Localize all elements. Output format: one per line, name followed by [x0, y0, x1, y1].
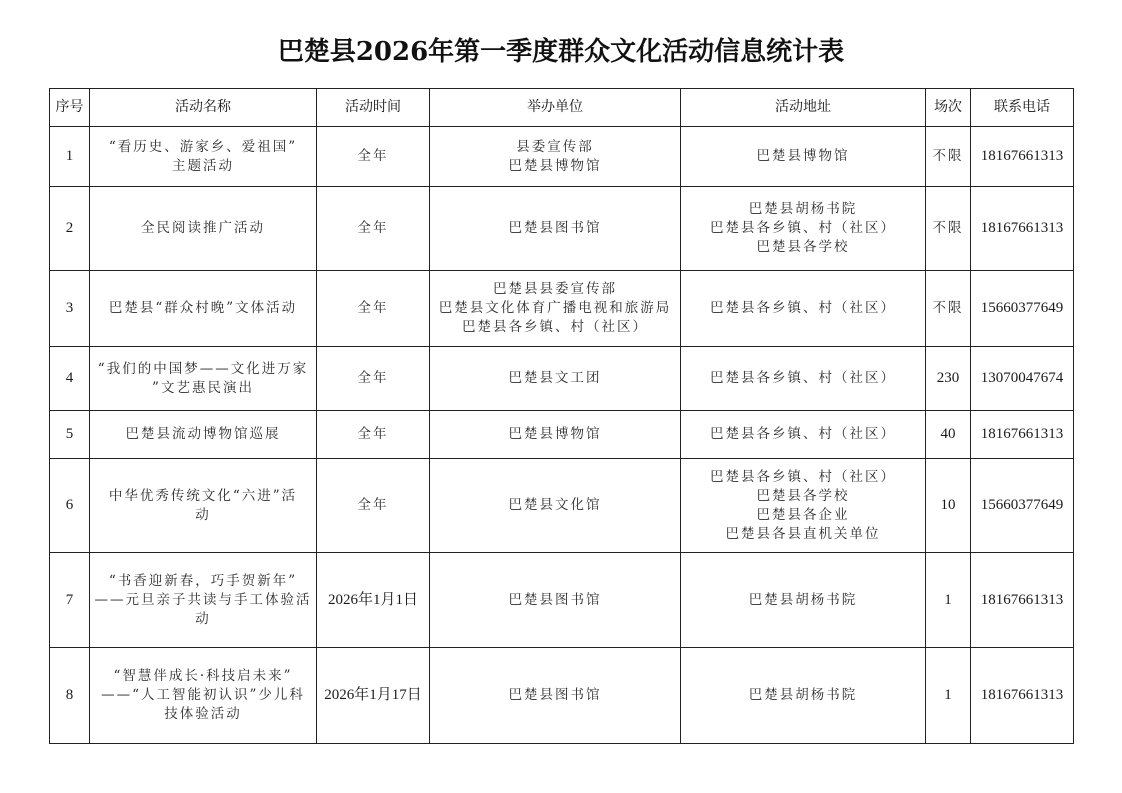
cell-text: 巴楚县各县直机关单位 [683, 525, 923, 544]
table-row: 2全民阅读推广活动全年巴楚县图书馆巴楚县胡杨书院巴楚县各乡镇、村（社区）巴楚县各… [50, 187, 1074, 271]
cell-text: 巴楚县各乡镇、村（社区） [683, 299, 923, 318]
cell-address: 巴楚县胡杨书院 [681, 648, 926, 744]
cell-text: 全民阅读推广活动 [92, 219, 314, 238]
cell-text: 巴楚县文工团 [432, 369, 678, 388]
cell-text: 不限 [928, 299, 968, 318]
cell-text: 2026年1月1日 [319, 591, 427, 610]
cell-address: 巴楚县博物馆 [681, 127, 926, 187]
cell-text: 巴楚县胡杨书院 [683, 200, 923, 219]
cell-activity-name: “智慧伴成长·科技启未来”——“人工智能初认识”少儿科技体验活动 [90, 648, 317, 744]
cell-address: 巴楚县各乡镇、村（社区）巴楚县各学校巴楚县各企业巴楚县各县直机关单位 [681, 459, 926, 553]
cell-organizer: 巴楚县图书馆 [430, 648, 681, 744]
cell-sessions: 不限 [926, 187, 971, 271]
cell-text: 巴楚县各乡镇、村（社区） [432, 318, 678, 337]
cell-text: 40 [928, 425, 968, 444]
cell-text: 18167661313 [973, 686, 1071, 705]
cell-seq: 5 [50, 411, 90, 459]
cell-text: 全年 [319, 496, 427, 515]
cell-seq: 7 [50, 553, 90, 648]
cell-text: “看历史、游家乡、爱祖国” [92, 138, 314, 157]
cell-text: 2 [52, 219, 87, 238]
cell-text: ——“人工智能初认识”少儿科 [92, 686, 314, 705]
cell-text: 13070047674 [973, 369, 1071, 388]
cell-address: 巴楚县各乡镇、村（社区） [681, 347, 926, 411]
cell-text: 不限 [928, 219, 968, 238]
cell-activity-time: 全年 [317, 127, 430, 187]
cell-phone: 18167661313 [971, 648, 1074, 744]
header-time: 活动时间 [317, 89, 430, 127]
header-sessions: 场次 [926, 89, 971, 127]
cell-text: 10 [928, 496, 968, 515]
cell-seq: 8 [50, 648, 90, 744]
activity-statistics-table: 序号 活动名称 活动时间 举办单位 活动地址 场次 联系电话 1“看历史、游家乡… [49, 88, 1074, 744]
cell-phone: 18167661313 [971, 411, 1074, 459]
cell-text: “我们的中国梦——文化进万家 [92, 360, 314, 379]
cell-text: “智慧伴成长·科技启未来” [92, 667, 314, 686]
cell-phone: 18167661313 [971, 553, 1074, 648]
cell-phone: 13070047674 [971, 347, 1074, 411]
cell-text: 巴楚县各乡镇、村（社区） [683, 369, 923, 388]
cell-text: 技体验活动 [92, 705, 314, 724]
cell-organizer: 县委宣传部巴楚县博物馆 [430, 127, 681, 187]
cell-text: 18167661313 [973, 425, 1071, 444]
cell-text: 18167661313 [973, 219, 1071, 238]
table-row: 7“书香迎新春，巧手贺新年”——元旦亲子共读与手工体验活动2026年1月1日巴楚… [50, 553, 1074, 648]
table-row: 8“智慧伴成长·科技启未来”——“人工智能初认识”少儿科技体验活动2026年1月… [50, 648, 1074, 744]
cell-text: 230 [928, 369, 968, 388]
cell-phone: 15660377649 [971, 271, 1074, 347]
cell-text: 巴楚县各乡镇、村（社区） [683, 468, 923, 487]
cell-text: 3 [52, 299, 87, 318]
cell-text: 巴楚县各学校 [683, 238, 923, 257]
cell-text: 18167661313 [973, 147, 1071, 166]
cell-activity-time: 全年 [317, 187, 430, 271]
table-row: 1“看历史、游家乡、爱祖国”主题活动全年县委宣传部巴楚县博物馆巴楚县博物馆不限1… [50, 127, 1074, 187]
cell-text: 巴楚县胡杨书院 [683, 591, 923, 610]
cell-text: 8 [52, 686, 87, 705]
cell-address: 巴楚县胡杨书院巴楚县各乡镇、村（社区）巴楚县各学校 [681, 187, 926, 271]
cell-phone: 18167661313 [971, 127, 1074, 187]
cell-activity-time: 2026年1月17日 [317, 648, 430, 744]
cell-text: 巴楚县各企业 [683, 506, 923, 525]
cell-text: 1 [928, 686, 968, 705]
cell-text: “书香迎新春，巧手贺新年” [92, 572, 314, 591]
cell-text: ”文艺惠民演出 [92, 379, 314, 398]
cell-address: 巴楚县胡杨书院 [681, 553, 926, 648]
header-address: 活动地址 [681, 89, 926, 127]
cell-activity-name: “书香迎新春，巧手贺新年”——元旦亲子共读与手工体验活动 [90, 553, 317, 648]
cell-activity-time: 全年 [317, 347, 430, 411]
cell-text: 7 [52, 591, 87, 610]
cell-text: 15660377649 [973, 496, 1071, 515]
page-title: 巴楚县2026年第一季度群众文化活动信息统计表 [0, 32, 1122, 72]
cell-sessions: 10 [926, 459, 971, 553]
table-row: 5巴楚县流动博物馆巡展全年巴楚县博物馆巴楚县各乡镇、村（社区）401816766… [50, 411, 1074, 459]
cell-text: 巴楚县胡杨书院 [683, 686, 923, 705]
table-row: 6中华优秀传统文化“六进”活动全年巴楚县文化馆巴楚县各乡镇、村（社区）巴楚县各学… [50, 459, 1074, 553]
cell-organizer: 巴楚县文工团 [430, 347, 681, 411]
cell-text: 巴楚县博物馆 [683, 147, 923, 166]
cell-text: 全年 [319, 425, 427, 444]
cell-text: 巴楚县“群众村晚”文体活动 [92, 299, 314, 318]
cell-seq: 3 [50, 271, 90, 347]
cell-activity-time: 全年 [317, 411, 430, 459]
cell-text: 巴楚县图书馆 [432, 686, 678, 705]
cell-organizer: 巴楚县文化馆 [430, 459, 681, 553]
cell-activity-time: 全年 [317, 459, 430, 553]
cell-activity-time: 2026年1月1日 [317, 553, 430, 648]
cell-activity-name: 巴楚县“群众村晚”文体活动 [90, 271, 317, 347]
cell-text: 巴楚县图书馆 [432, 219, 678, 238]
cell-text: 1 [928, 591, 968, 610]
cell-text: 中华优秀传统文化“六进”活 [92, 487, 314, 506]
cell-text: 巴楚县博物馆 [432, 425, 678, 444]
cell-phone: 15660377649 [971, 459, 1074, 553]
table-body: 1“看历史、游家乡、爱祖国”主题活动全年县委宣传部巴楚县博物馆巴楚县博物馆不限1… [50, 127, 1074, 744]
cell-activity-name: 全民阅读推广活动 [90, 187, 317, 271]
cell-text: 巴楚县县委宣传部 [432, 280, 678, 299]
header-phone: 联系电话 [971, 89, 1074, 127]
table-row: 4“我们的中国梦——文化进万家”文艺惠民演出全年巴楚县文工团巴楚县各乡镇、村（社… [50, 347, 1074, 411]
cell-activity-name: 巴楚县流动博物馆巡展 [90, 411, 317, 459]
cell-activity-name: 中华优秀传统文化“六进”活动 [90, 459, 317, 553]
cell-text: 1 [52, 147, 87, 166]
cell-seq: 4 [50, 347, 90, 411]
cell-text: 4 [52, 369, 87, 388]
header-organizer: 举办单位 [430, 89, 681, 127]
cell-seq: 6 [50, 459, 90, 553]
cell-text: 不限 [928, 147, 968, 166]
cell-text: 巴楚县各乡镇、村（社区） [683, 425, 923, 444]
table-header-row: 序号 活动名称 活动时间 举办单位 活动地址 场次 联系电话 [50, 89, 1074, 127]
cell-text: 18167661313 [973, 591, 1071, 610]
cell-text: 全年 [319, 299, 427, 318]
cell-address: 巴楚县各乡镇、村（社区） [681, 411, 926, 459]
cell-text: 县委宣传部 [432, 138, 678, 157]
cell-activity-time: 全年 [317, 271, 430, 347]
cell-text: 主题活动 [92, 157, 314, 176]
header-name: 活动名称 [90, 89, 317, 127]
cell-organizer: 巴楚县图书馆 [430, 187, 681, 271]
cell-text: 15660377649 [973, 299, 1071, 318]
cell-text: 巴楚县流动博物馆巡展 [92, 425, 314, 444]
table-row: 3巴楚县“群众村晚”文体活动全年巴楚县县委宣传部巴楚县文化体育广播电视和旅游局巴… [50, 271, 1074, 347]
cell-text: 2026年1月17日 [319, 686, 427, 705]
cell-text: 巴楚县博物馆 [432, 157, 678, 176]
cell-text: 巴楚县各乡镇、村（社区） [683, 219, 923, 238]
cell-phone: 18167661313 [971, 187, 1074, 271]
cell-seq: 2 [50, 187, 90, 271]
cell-address: 巴楚县各乡镇、村（社区） [681, 271, 926, 347]
cell-sessions: 1 [926, 553, 971, 648]
cell-sessions: 不限 [926, 271, 971, 347]
cell-text: 巴楚县各学校 [683, 487, 923, 506]
header-seq: 序号 [50, 89, 90, 127]
cell-text: 5 [52, 425, 87, 444]
cell-text: ——元旦亲子共读与手工体验活 [92, 591, 314, 610]
cell-text: 6 [52, 496, 87, 515]
cell-activity-name: “看历史、游家乡、爱祖国”主题活动 [90, 127, 317, 187]
cell-activity-name: “我们的中国梦——文化进万家”文艺惠民演出 [90, 347, 317, 411]
cell-text: 全年 [319, 369, 427, 388]
cell-text: 巴楚县图书馆 [432, 591, 678, 610]
cell-text: 全年 [319, 219, 427, 238]
cell-sessions: 不限 [926, 127, 971, 187]
cell-text: 全年 [319, 147, 427, 166]
cell-organizer: 巴楚县博物馆 [430, 411, 681, 459]
cell-organizer: 巴楚县图书馆 [430, 553, 681, 648]
cell-text: 巴楚县文化馆 [432, 496, 678, 515]
cell-sessions: 40 [926, 411, 971, 459]
cell-text: 动 [92, 506, 314, 525]
cell-sessions: 230 [926, 347, 971, 411]
cell-organizer: 巴楚县县委宣传部巴楚县文化体育广播电视和旅游局巴楚县各乡镇、村（社区） [430, 271, 681, 347]
cell-sessions: 1 [926, 648, 971, 744]
cell-seq: 1 [50, 127, 90, 187]
cell-text: 巴楚县文化体育广播电视和旅游局 [432, 299, 678, 318]
cell-text: 动 [92, 610, 314, 629]
